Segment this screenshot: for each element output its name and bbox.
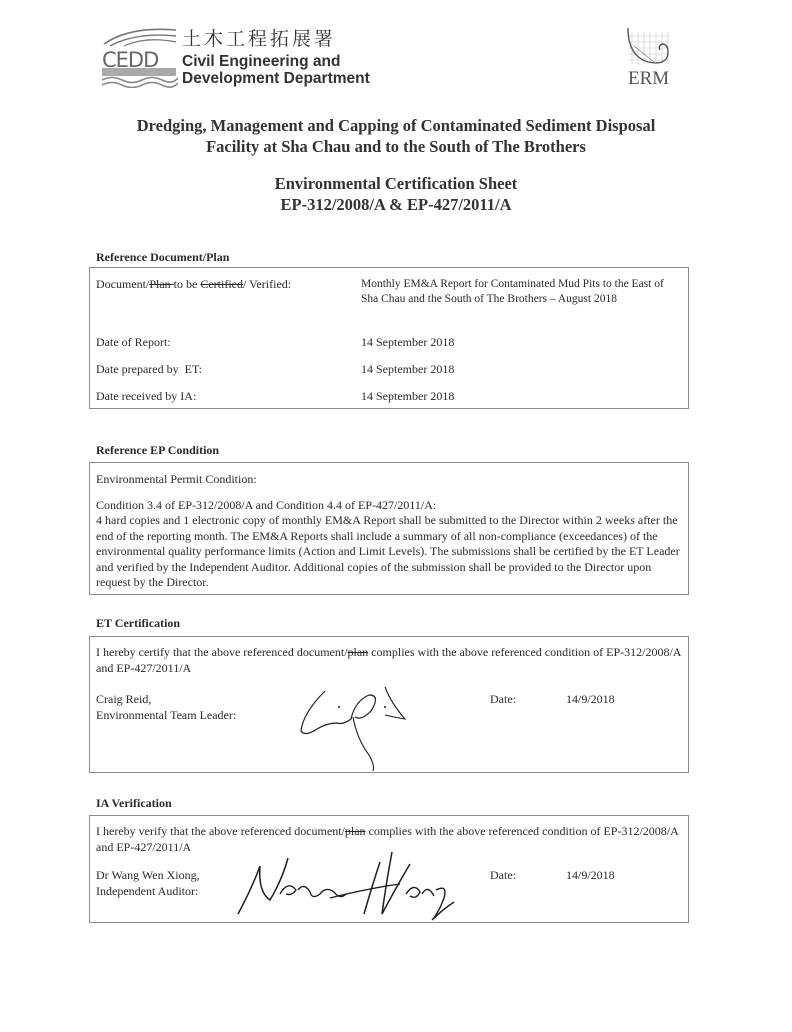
sheet-title-line2: EP-312/2008/A & EP-427/2011/A <box>0 194 792 215</box>
ep-condition-box: Environmental Permit Condition: Conditio… <box>89 462 689 595</box>
handwritten-signature-icon <box>230 844 470 924</box>
et-date-label: Date: <box>490 692 516 708</box>
label-part-struck: Certified <box>200 277 243 291</box>
statement-part-struck: plan <box>348 645 369 659</box>
label-part-struck: Plan <box>149 277 173 291</box>
erm-text: ERM <box>628 68 669 90</box>
et-certification-box: I hereby certify that the above referenc… <box>89 636 689 773</box>
cedd-logo: CEDD 土木工程拓展署 Civil Engineering and Devel… <box>100 20 390 90</box>
ep-condition-intro: Environmental Permit Condition: <box>96 472 681 488</box>
cedd-abbr: CEDD <box>102 48 158 72</box>
statement-part: I hereby verify that the above reference… <box>96 824 345 838</box>
et-signer: Craig Reid, Environmental Team Leader: <box>96 692 236 723</box>
ep-condition-body: Environmental Permit Condition: Conditio… <box>96 472 681 591</box>
label-part: Document/ <box>96 277 149 291</box>
et-signer-name: Craig Reid, <box>96 692 236 708</box>
ia-verification-box: I hereby verify that the above reference… <box>89 815 689 923</box>
et-statement: I hereby certify that the above referenc… <box>96 645 681 676</box>
sheet-title-line1: Environmental Certification Sheet <box>0 173 792 194</box>
erm-logo: ERM <box>620 26 680 88</box>
ia-signer-name: Dr Wang Wen Xiong, <box>96 868 200 884</box>
date-of-report-value: 14 September 2018 <box>361 335 681 351</box>
project-title-line2: Facility at Sha Chau and to the South of… <box>0 136 792 157</box>
date-received-value: 14 September 2018 <box>361 389 681 405</box>
cedd-chinese-name: 土木工程拓展署 <box>182 24 336 51</box>
ia-signer: Dr Wang Wen Xiong, Independent Auditor: <box>96 868 200 899</box>
project-title-line1: Dredging, Management and Capping of Cont… <box>0 115 792 136</box>
et-signer-role: Environmental Team Leader: <box>96 708 236 724</box>
handwritten-signature-icon <box>295 673 415 773</box>
ep-condition-title: Condition 3.4 of EP-312/2008/A and Condi… <box>96 498 681 514</box>
date-prepared-label: Date prepared by ET: <box>96 362 202 378</box>
ep-condition-heading: Reference EP Condition <box>96 443 219 458</box>
ia-signer-role: Independent Auditor: <box>96 884 200 900</box>
date-of-report-label: Date of Report: <box>96 335 171 351</box>
document-label: Document/Plan to be Certified/ Verified: <box>96 277 291 293</box>
ia-date-label: Date: <box>490 868 516 884</box>
ia-date-value: 14/9/2018 <box>566 868 615 884</box>
et-certification-heading: ET Certification <box>96 616 180 631</box>
date-received-label: Date received by IA: <box>96 389 196 405</box>
ia-verification-heading: IA Verification <box>96 796 172 811</box>
label-part: / Verified: <box>243 277 291 291</box>
cedd-name-line1: Civil Engineering and <box>182 53 370 70</box>
spiral-grid-logo-icon <box>620 26 680 70</box>
ep-condition-text: 4 hard copies and 1 electronic copy of m… <box>96 513 681 591</box>
statement-part-struck: plan <box>345 824 366 838</box>
reference-document-heading: Reference Document/Plan <box>96 250 229 265</box>
cedd-name-line2: Development Department <box>182 70 370 87</box>
document-value: Monthly EM&A Report for Contaminated Mud… <box>361 277 681 307</box>
statement-part: I hereby certify that the above referenc… <box>96 645 348 659</box>
reference-document-box: Document/Plan to be Certified/ Verified:… <box>89 267 689 409</box>
label-part: to be <box>174 277 201 291</box>
cedd-department-name: Civil Engineering and Development Depart… <box>182 53 370 87</box>
date-prepared-value: 14 September 2018 <box>361 362 681 378</box>
sheet-title: Environmental Certification Sheet EP-312… <box>0 173 792 215</box>
et-date-value: 14/9/2018 <box>566 692 615 708</box>
project-title: Dredging, Management and Capping of Cont… <box>0 115 792 157</box>
